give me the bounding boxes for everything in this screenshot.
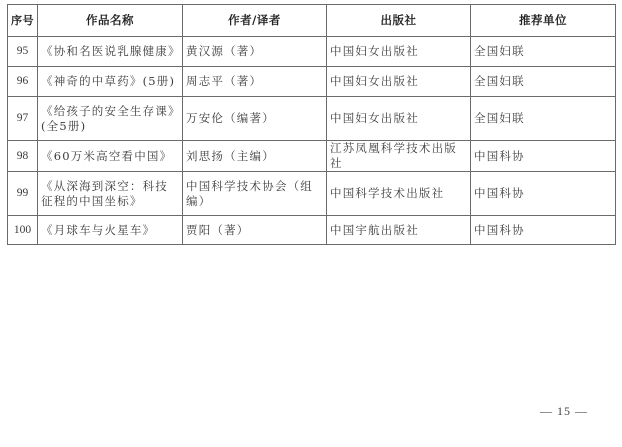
publisher-cell: 中国宇航出版社	[327, 216, 471, 245]
header-recommender: 推荐单位	[471, 5, 616, 37]
publisher-cell: 中国科学技术出版社	[327, 172, 471, 216]
serial-number-cell: 96	[8, 67, 38, 97]
table-row: 95 《协和名医说乳腺健康》 黄汉源（著） 中国妇女出版社 全国妇联	[8, 37, 616, 67]
author-cell: 贾阳（著）	[183, 216, 327, 245]
title-cell: 《从深海到深空：科技征程的中国坐标》	[38, 172, 183, 216]
table-header-row: 序号 作品名称 作者/译者 出版社 推荐单位	[8, 5, 616, 37]
publisher-cell: 中国妇女出版社	[327, 97, 471, 141]
title-cell: 《给孩子的安全生存课》(全5册)	[38, 97, 183, 141]
serial-number-cell: 97	[8, 97, 38, 141]
table-row: 96 《神奇的中草药》(5册) 周志平（著） 中国妇女出版社 全国妇联	[8, 67, 616, 97]
recommender-cell: 全国妇联	[471, 67, 616, 97]
author-cell: 黄汉源（著）	[183, 37, 327, 67]
recommender-cell: 中国科协	[471, 172, 616, 216]
recommended-books-table: 序号 作品名称 作者/译者 出版社 推荐单位 95 《协和名医说乳腺健康》 黄汉…	[7, 4, 616, 245]
title-cell: 《60万米高空看中国》	[38, 141, 183, 172]
recommender-cell: 全国妇联	[471, 97, 616, 141]
publisher-cell: 中国妇女出版社	[327, 37, 471, 67]
table-row: 99 《从深海到深空：科技征程的中国坐标》 中国科学技术协会（组编） 中国科学技…	[8, 172, 616, 216]
header-title: 作品名称	[38, 5, 183, 37]
title-cell: 《协和名医说乳腺健康》	[38, 37, 183, 67]
author-cell: 刘思扬（主编）	[183, 141, 327, 172]
header-publisher: 出版社	[327, 5, 471, 37]
author-cell: 万安伦（编著）	[183, 97, 327, 141]
publisher-cell: 江苏凤凰科学技术出版社	[327, 141, 471, 172]
serial-number-cell: 100	[8, 216, 38, 245]
title-cell: 《神奇的中草药》(5册)	[38, 67, 183, 97]
recommender-cell: 中国科协	[471, 141, 616, 172]
author-cell: 中国科学技术协会（组编）	[183, 172, 327, 216]
author-cell: 周志平（著）	[183, 67, 327, 97]
table-row: 100 《月球车与火星车》 贾阳（著） 中国宇航出版社 中国科协	[8, 216, 616, 245]
serial-number-cell: 99	[8, 172, 38, 216]
recommender-cell: 全国妇联	[471, 37, 616, 67]
recommender-cell: 中国科协	[471, 216, 616, 245]
title-cell: 《月球车与火星车》	[38, 216, 183, 245]
publisher-cell: 中国妇女出版社	[327, 67, 471, 97]
serial-number-cell: 98	[8, 141, 38, 172]
header-serial-number: 序号	[8, 5, 38, 37]
page-number: — 15 —	[540, 404, 588, 419]
header-author: 作者/译者	[183, 5, 327, 37]
document-page: 序号 作品名称 作者/译者 出版社 推荐单位 95 《协和名医说乳腺健康》 黄汉…	[0, 0, 622, 447]
table-row: 98 《60万米高空看中国》 刘思扬（主编） 江苏凤凰科学技术出版社 中国科协	[8, 141, 616, 172]
serial-number-cell: 95	[8, 37, 38, 67]
table-row: 97 《给孩子的安全生存课》(全5册) 万安伦（编著） 中国妇女出版社 全国妇联	[8, 97, 616, 141]
